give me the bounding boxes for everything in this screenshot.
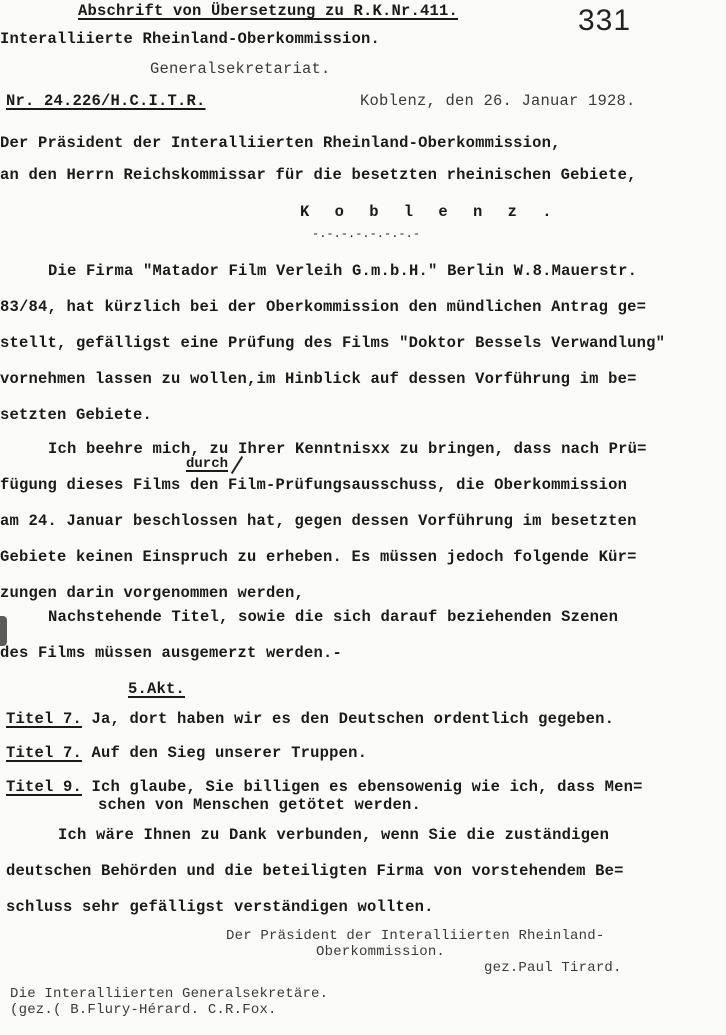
text-line: Ich beehre mich, zu Ihrer Kenntnisxx zu …	[48, 440, 647, 458]
signatory-title-continued: Oberkommission.	[316, 944, 445, 960]
reference-number: Nr. 24.226/H.C.I.T.R.	[6, 92, 206, 110]
title-label: Titel 7.	[6, 710, 82, 728]
organization-name: Interalliierte Rheinland-Oberkommission.	[0, 30, 380, 48]
document-page: 331 Abschrift von Übersetzung zu R.K.Nr.…	[0, 0, 726, 1035]
signed-by: gez.Paul Tirard.	[484, 960, 622, 976]
text-line: fügung dieses Films den Film-Prüfungsaus…	[0, 476, 627, 494]
handwritten-insertion: durch	[186, 456, 228, 472]
act-heading: 5.Akt.	[128, 680, 185, 698]
text-line: des Films müssen ausgemerzt werden.-	[0, 644, 342, 662]
document-title: Abschrift von Übersetzung zu R.K.Nr.411.	[78, 2, 458, 20]
text-line: Die Firma "Matador Film Verleih G.m.b.H.…	[48, 262, 637, 280]
scan-edge-mark	[0, 616, 7, 646]
text-line: Gebiete keinen Einspruch zu erheben. Es …	[0, 548, 637, 566]
text-line: deutschen Behörden und die beteiligten F…	[6, 862, 624, 880]
footer-line: Die Interalliierten Generalsekretäre.	[10, 986, 328, 1002]
text-line: 83/84, hat kürzlich bei der Oberkommissi…	[0, 298, 646, 316]
text-line: Ich wäre Ihnen zu Dank verbunden, wenn S…	[58, 826, 609, 844]
text-line: stellt, gefälligst eine Prüfung des Film…	[0, 334, 665, 352]
insertion-caret	[231, 456, 243, 474]
text-line: schluss sehr gefälligst verständigen wol…	[6, 898, 434, 916]
title-item: Titel 7. Ja, dort haben wir es den Deuts…	[6, 710, 614, 728]
text-line: zungen darin vorgenommen werden,	[0, 584, 304, 602]
recipient-city: K o b l e n z .	[300, 203, 560, 221]
title-text-continued: schen von Menschen getötet werden.	[98, 796, 421, 814]
department-name: Generalsekretariat.	[150, 60, 331, 78]
text-line: vornehmen lassen zu wollen,im Hinblick a…	[0, 370, 637, 388]
city-underline-rule: -.-.-.-.-.-.-.-	[312, 227, 420, 241]
page-number: 331	[578, 4, 631, 38]
title-text: Auf den Sieg unserer Truppen.	[92, 744, 368, 762]
title-text: Ja, dort haben wir es den Deutschen orde…	[92, 710, 615, 728]
title-item: Titel 9. Ich glaube, Sie billigen es ebe…	[6, 778, 643, 796]
footer-signatories: (gez.( B.Flury-Hérard. C.R.Fox.	[10, 1002, 277, 1018]
text-line: am 24. Januar beschlossen hat, gegen des…	[0, 512, 637, 530]
place-date: Koblenz, den 26. Januar 1928.	[360, 92, 636, 110]
text-line: Nachstehende Titel, sowie die sich darau…	[48, 608, 618, 626]
recipient-line: an den Herrn Reichskommissar für die bes…	[0, 166, 637, 184]
text-line: setzten Gebiete.	[0, 406, 152, 424]
signatory-title: Der Präsident der Interalliierten Rheinl…	[226, 928, 604, 944]
title-text: Ich glaube, Sie billigen es ebensowenig …	[92, 778, 643, 796]
title-label: Titel 9.	[6, 778, 82, 796]
sender-line: Der Präsident der Interalliierten Rheinl…	[0, 134, 561, 152]
title-label: Titel 7.	[6, 744, 82, 762]
title-item: Titel 7. Auf den Sieg unserer Truppen.	[6, 744, 367, 762]
